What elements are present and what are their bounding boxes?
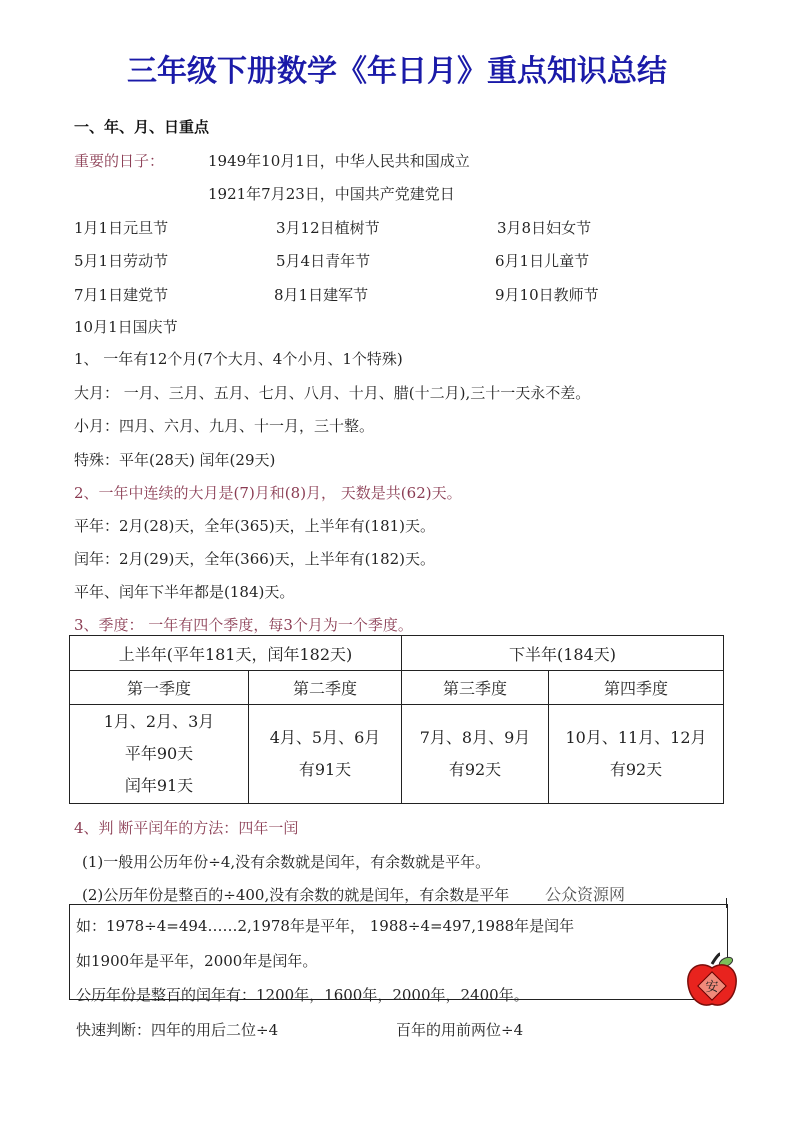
- point2-line: 2、一年中连续的大月是(7)月和(8)月， 天数是共(62)天。: [74, 482, 462, 503]
- second-half: 平年、闰年下半年都是(184)天。: [74, 581, 294, 602]
- common-year: 平年：2月(28)天，全年(365)天，上半年有(181)天。: [74, 515, 435, 536]
- important-day: 1921年7月23日，中国共产党建党日: [208, 183, 455, 204]
- holiday: 3月8日妇女节: [497, 217, 591, 238]
- cell-line: 闰年91天: [70, 770, 248, 802]
- special-month: 特殊：平年(28天) 闰年(29天): [74, 449, 275, 470]
- holiday: 1月1日元旦节: [74, 217, 168, 238]
- example-line: 公历年份是整百的闰年有：1200年，1600年，2000年，2400年。: [76, 984, 529, 1005]
- page-title: 三年级下册数学《年日月》重点知识总结: [0, 46, 794, 90]
- second-half-header: 下半年(184天): [402, 636, 724, 671]
- apple-badge: 安: [705, 979, 718, 995]
- holiday: 5月1日劳动节: [74, 250, 168, 271]
- point3-line: 3、季度： 一年有四个季度，每3个月为一个季度。: [74, 614, 413, 635]
- leap-year: 闰年：2月(29)天，全年(366)天，上半年有(182)天。: [74, 548, 435, 569]
- holiday: 5月4日青年节: [276, 250, 370, 271]
- holiday: 10月1日国庆节: [74, 316, 178, 337]
- cell-line: 平年90天: [70, 738, 248, 770]
- rule-1: (1)一般用公历年份÷4,没有余数就是闰年，有余数就是平年。: [82, 851, 490, 872]
- cell-line: 7月、8月、9月: [402, 722, 548, 754]
- cell-line: 有91天: [249, 754, 401, 786]
- cell-line: 有92天: [549, 754, 723, 786]
- holiday: 9月10日教师节: [495, 284, 599, 305]
- small-months: 小月：四月、六月、九月、十一月，三十整。: [74, 415, 374, 436]
- corner-tick: [726, 898, 727, 908]
- important-day: 1949年10月1日，中华人民共和国成立: [208, 150, 470, 171]
- section-heading: 一、年、月、日重点: [74, 116, 209, 137]
- cell-line: 有92天: [402, 754, 548, 786]
- holiday: 6月1日儿童节: [495, 250, 589, 271]
- quarter-cell: 7月、8月、9月 有92天: [402, 705, 549, 804]
- first-half-header: 上半年(平年181天，闰年182天): [70, 636, 402, 671]
- watermark: 公众资源网: [545, 882, 625, 905]
- point1-line: 1、 一年有12个月(7个大月、4个小月、1个特殊): [74, 348, 403, 369]
- holiday: 3月12日植树节: [276, 217, 380, 238]
- cell-line: 1月、2月、3月: [70, 706, 248, 738]
- apple-icon: 安: [682, 950, 742, 1010]
- point4-heading: 4、判 断平闰年的方法：四年一闰: [74, 817, 298, 838]
- quick-judge-century: 百年的用前两位÷4: [396, 1019, 523, 1040]
- cell-line: 10月、11月、12月: [549, 722, 723, 754]
- season-table: 上半年(平年181天，闰年182天) 下半年(184天) 第一季度 第二季度 第…: [69, 635, 724, 804]
- cell-line: 4月、5月、6月: [249, 722, 401, 754]
- quarter-header: 第三季度: [402, 671, 549, 705]
- quick-judge: 快速判断：四年的用后二位÷4: [76, 1019, 278, 1040]
- quarter-header: 第一季度: [70, 671, 249, 705]
- holiday: 8月1日建军节: [274, 284, 368, 305]
- quarter-header: 第二季度: [249, 671, 402, 705]
- important-days-label: 重要的日子：: [74, 150, 164, 171]
- big-months: 大月： 一月、三月、五月、七月、八月、十月、腊(十二月),三十一天永不差。: [74, 382, 590, 403]
- quarter-cell: 1月、2月、3月 平年90天 闰年91天: [70, 705, 249, 804]
- holiday: 7月1日建党节: [74, 284, 168, 305]
- quarter-cell: 10月、11月、12月 有92天: [549, 705, 724, 804]
- example-line: 如：1978÷4=494……2,1978年是平年， 1988÷4=497,198…: [76, 915, 574, 936]
- quarter-cell: 4月、5月、6月 有91天: [249, 705, 402, 804]
- example-line: 如1900年是平年，2000年是闰年。: [76, 950, 317, 971]
- quarter-header: 第四季度: [549, 671, 724, 705]
- rule-2: (2)公历年份是整百的÷400,没有余数的就是闰年，有余数是平年: [82, 884, 509, 905]
